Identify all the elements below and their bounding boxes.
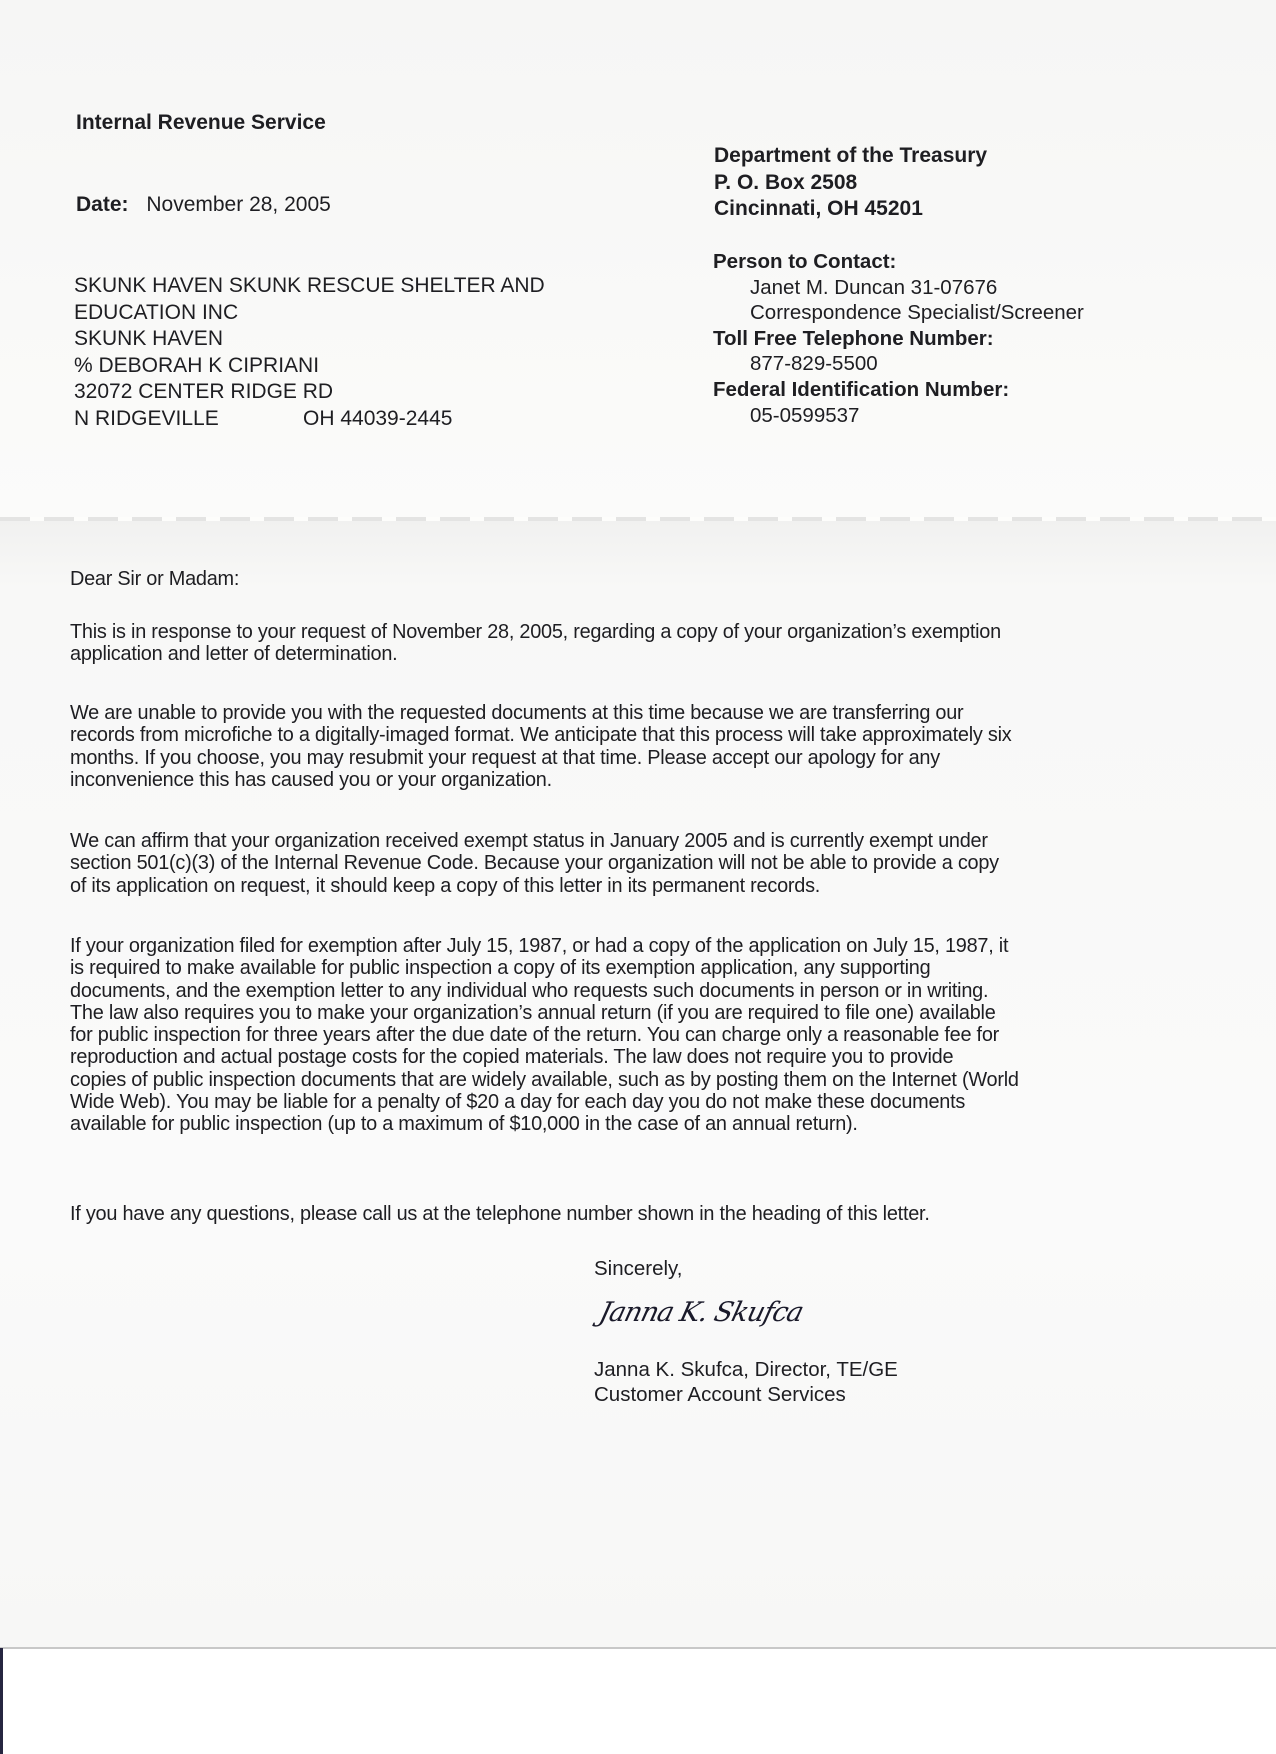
- paragraph-line: months. If you choose, you may resubmit …: [70, 747, 1176, 769]
- sender-address-line: Cincinnati, OH 45201: [714, 196, 987, 223]
- paragraph-line: application and letter of determination.: [70, 643, 1176, 665]
- paragraph-line: copies of public inspection documents th…: [70, 1069, 1176, 1091]
- paragraph-line: We can affirm that your organization rec…: [70, 830, 1176, 852]
- contact-person-name: Janet M. Duncan 31-07676: [713, 275, 1084, 301]
- paragraph-line: This is in response to your request of N…: [70, 621, 1176, 643]
- paragraph-line: reproduction and actual postage costs fo…: [70, 1046, 1176, 1068]
- recipient-line: SKUNK HAVEN SKUNK RESCUE SHELTER AND: [74, 273, 545, 300]
- recipient-city: N RIDGEVILLE: [74, 406, 303, 433]
- contact-block: Person to Contact: Janet M. Duncan 31-07…: [713, 249, 1084, 428]
- paragraph-line: If your organization filed for exemption…: [70, 935, 1176, 957]
- recipient-line: % DEBORAH K CIPRIANI: [74, 353, 545, 380]
- date-label: Date:: [76, 193, 129, 216]
- sender-address: Department of the Treasury P. O. Box 250…: [714, 143, 987, 223]
- recipient-line: 32072 CENTER RIDGE RD: [74, 379, 545, 406]
- paper-upper-fold: [0, 0, 1276, 517]
- paragraph-line: We are unable to provide you with the re…: [70, 702, 1176, 724]
- letter-date: Date: November 28, 2005: [76, 193, 331, 217]
- contact-person-title: Correspondence Specialist/Screener: [713, 300, 1084, 326]
- phone-label: Toll Free Telephone Number:: [713, 326, 1084, 352]
- paragraph-line: The law also requires you to make your o…: [70, 1002, 1176, 1024]
- paragraph-line: of its application on request, it should…: [70, 875, 1176, 897]
- fein-label: Federal Identification Number:: [713, 377, 1084, 403]
- paragraph-5: If you have any questions, please call u…: [70, 1203, 1176, 1225]
- paragraph-line: If you have any questions, please call u…: [70, 1203, 1176, 1225]
- person-to-contact-label: Person to Contact:: [713, 249, 1084, 275]
- paragraph-line: inconvenience this has caused you or you…: [70, 769, 1176, 791]
- paragraph-line: documents, and the exemption letter to a…: [70, 980, 1176, 1002]
- closing-block: Sincerely,: [594, 1257, 683, 1281]
- valediction: Sincerely,: [594, 1257, 683, 1281]
- recipient-line: SKUNK HAVEN: [74, 326, 545, 353]
- paragraph-line: is required to make available for public…: [70, 957, 1176, 979]
- agency-name: Internal Revenue Service: [76, 111, 326, 135]
- signer-department: Customer Account Services: [594, 1382, 898, 1407]
- recipient-state-zip: OH 44039-2445: [303, 407, 452, 430]
- paragraph-3: We can affirm that your organization rec…: [70, 830, 1176, 897]
- paragraph-line: records from microfiche to a digitally-i…: [70, 724, 1176, 746]
- paragraph-4: If your organization filed for exemption…: [70, 935, 1176, 1136]
- salutation: Dear Sir or Madam:: [70, 568, 1176, 590]
- signer-name-title: Janna K. Skufca, Director, TE/GE: [594, 1357, 898, 1382]
- scanner-background: [3, 1649, 1276, 1754]
- paragraph-2: We are unable to provide you with the re…: [70, 702, 1176, 791]
- fein-number: 05-0599537: [713, 403, 1084, 429]
- recipient-line: EDUCATION INC: [74, 300, 545, 327]
- handwritten-signature: Janna K. Skufca: [596, 1297, 806, 1328]
- sender-address-line: Department of the Treasury: [714, 143, 987, 170]
- signer-block: Janna K. Skufca, Director, TE/GE Custome…: [594, 1357, 898, 1407]
- scanner-edge-strip: [0, 1648, 3, 1754]
- recipient-city-line: N RIDGEVILLEOH 44039-2445: [74, 406, 545, 433]
- recipient-address: SKUNK HAVEN SKUNK RESCUE SHELTER AND EDU…: [74, 273, 545, 432]
- sender-address-line: P. O. Box 2508: [714, 170, 987, 197]
- phone-number: 877-829-5500: [713, 351, 1084, 377]
- paragraph-line: Wide Web). You may be liable for a penal…: [70, 1091, 1176, 1113]
- date-value: November 28, 2005: [146, 193, 330, 216]
- paragraph-1: This is in response to your request of N…: [70, 621, 1176, 666]
- paragraph-line: available for public inspection (up to a…: [70, 1113, 1176, 1135]
- salutation-text: Dear Sir or Madam:: [70, 568, 1176, 590]
- paragraph-line: section 501(c)(3) of the Internal Revenu…: [70, 852, 1176, 874]
- paragraph-line: for public inspection for three years af…: [70, 1024, 1176, 1046]
